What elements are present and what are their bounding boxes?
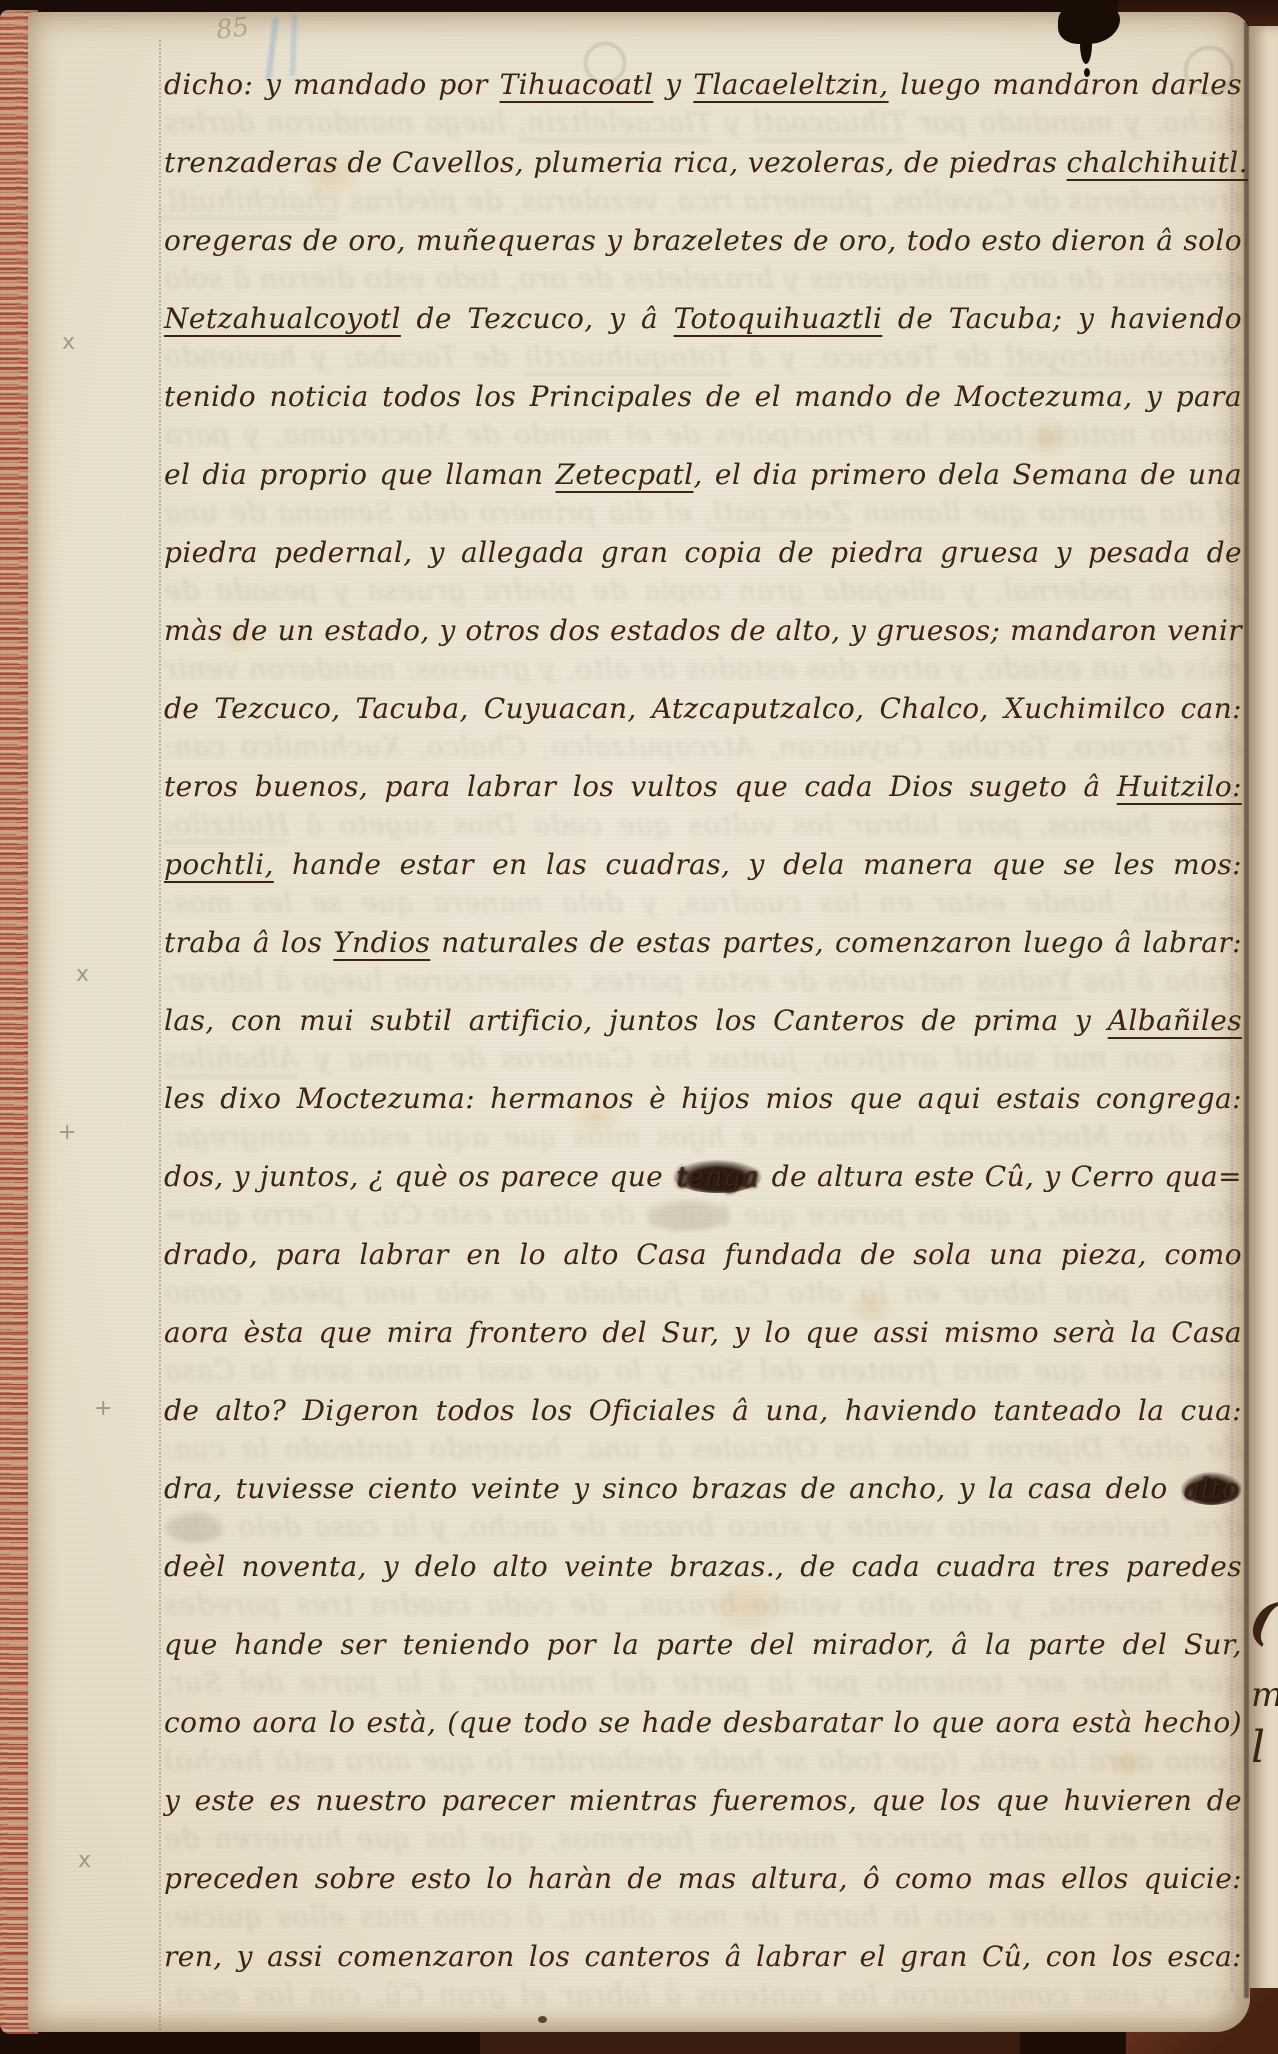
manuscript-line: deèl noventa, y delo alto veinte brazas.… bbox=[164, 1528, 1242, 1606]
text-segment: naturales de estas partes, comenzaron lu… bbox=[430, 926, 1242, 959]
manuscript-line: que hande ser teniendo por la parte del … bbox=[164, 1606, 1242, 1684]
text-segment: de alto? Digeron todos los Oficiales â u… bbox=[164, 1394, 1242, 1427]
bleed-through-folio-number: 85 bbox=[214, 12, 251, 46]
text-segment: ren, y assi comenzaron los canteros â la… bbox=[164, 1940, 1242, 1973]
underlined-word: Totoquihuaztli bbox=[674, 302, 883, 335]
text-segment: de Tezcuco, Tacuba, Cuyuacan, Atzcaputza… bbox=[164, 692, 1242, 725]
page-edge-shadow bbox=[1244, 22, 1249, 1998]
manuscript-line: de alto? Digeron todos los Oficiales â u… bbox=[164, 1372, 1242, 1450]
text-segment: las, con mui subtil artificio, juntos lo… bbox=[164, 1004, 1108, 1037]
underlined-word: Albañiles bbox=[1108, 1004, 1242, 1037]
text-segment: de Tezcuco, y â bbox=[401, 302, 674, 335]
text-segment: piedra pedernal, y allegada gran copia d… bbox=[164, 536, 1242, 569]
underlined-word: Netzahualcoyotl bbox=[164, 302, 401, 335]
text-segment: , el dia primero dela Semana de una bbox=[694, 458, 1242, 491]
text-segment: traba â los bbox=[164, 926, 333, 959]
manuscript-line: de Tezcuco, Tacuba, Cuyuacan, Atzcaputza… bbox=[164, 670, 1242, 748]
text-segment: oregeras de oro, muñequeras y brazeletes… bbox=[164, 224, 1242, 257]
manuscript-line: ren, y assi comenzaron los canteros â la… bbox=[164, 1918, 1242, 1996]
text-segment: de Tacuba; y haviendo bbox=[882, 302, 1242, 335]
margin-pencil-mark: x bbox=[78, 1848, 91, 1873]
book-photo: ( m l 85 x x + + x dicho: y mandado por … bbox=[0, 0, 1278, 2054]
text-segment: de altura este Cû, y Cerro qua= bbox=[762, 1160, 1242, 1193]
text-segment: màs de un estado, y otros dos estados de… bbox=[164, 614, 1242, 647]
underlined-word: Yndios bbox=[333, 926, 430, 959]
adjacent-page-letter: m bbox=[1251, 1678, 1278, 1712]
text-segment: dicho: y mandado por bbox=[164, 68, 500, 101]
text-segment: dos, y juntos, ¿ què os parece que bbox=[164, 1160, 673, 1193]
underlined-word: chalchihuitl. bbox=[1067, 146, 1248, 179]
manuscript-line: como aora lo està, (que todo se hade des… bbox=[164, 1684, 1242, 1762]
ink-blotted-word: tenga bbox=[673, 1160, 761, 1193]
manuscript-line: Netzahualcoyotl de Tezcuco, y â Totoquih… bbox=[164, 280, 1242, 358]
underlined-word: Zetecpatl bbox=[556, 458, 694, 491]
margin-pencil-mark: + bbox=[94, 1396, 112, 1421]
adjacent-page-edge: ( m l bbox=[1248, 26, 1278, 1998]
underlined-word: Tihuacoatl bbox=[500, 68, 654, 101]
text-segment: luego mandaron darles bbox=[889, 68, 1242, 101]
margin-rule-line bbox=[159, 40, 161, 2030]
text-segment: que hande ser teniendo por la parte del … bbox=[164, 1628, 1242, 1661]
text-segment: tenido noticia todos los Principales de … bbox=[164, 380, 1242, 413]
manuscript-line: tenido noticia todos los Principales de … bbox=[164, 358, 1242, 436]
manuscript-line: preceden sobre esto lo haràn de mas altu… bbox=[164, 1840, 1242, 1918]
manuscript-line: las, con mui subtil artificio, juntos lo… bbox=[164, 982, 1242, 1060]
manuscript-line: traba â los Yndios naturales de estas pa… bbox=[164, 904, 1242, 982]
text-segment: drado, para labrar en lo alto Casa funda… bbox=[164, 1238, 1242, 1271]
manuscript-line: teros buenos, para labrar los vultos que… bbox=[164, 748, 1242, 826]
text-segment: como aora lo està, (que todo se hade des… bbox=[164, 1706, 1242, 1739]
manuscript-line: aora èsta que mira frontero del Sur, y l… bbox=[164, 1294, 1242, 1372]
margin-pencil-mark: + bbox=[58, 1120, 76, 1145]
text-segment: aora èsta que mira frontero del Sur, y l… bbox=[164, 1316, 1242, 1349]
text-segment: y bbox=[653, 68, 693, 101]
underlined-word: pochtli, bbox=[164, 848, 274, 881]
underlined-word: Tlacaeleltzin, bbox=[693, 68, 888, 101]
manuscript-line: les dixo Moctezuma: hermanos è hijos mio… bbox=[164, 1060, 1242, 1138]
manuscript-line: pochtli, hande estar en las cuadras, y d… bbox=[164, 826, 1242, 904]
manuscript-line: piedra pedernal, y allegada gran copia d… bbox=[164, 514, 1242, 592]
text-segment: teros buenos, para labrar los vultos que… bbox=[164, 770, 1117, 803]
text-segment: deèl noventa, y delo alto veinte brazas.… bbox=[164, 1550, 1242, 1583]
text-segment: el dia proprio que llaman bbox=[164, 458, 556, 491]
manuscript-line: trenzaderas de Cavellos, plumeria rica, … bbox=[164, 124, 1242, 202]
manuscript-line: dos, y juntos, ¿ què os parece que tenga… bbox=[164, 1138, 1242, 1216]
manuscript-line: oregeras de oro, muñequeras y brazeletes… bbox=[164, 202, 1242, 280]
manuscript-line: màs de un estado, y otros dos estados de… bbox=[164, 592, 1242, 670]
manuscript-line: el dia proprio que llaman Zetecpatl, el … bbox=[164, 436, 1242, 514]
ink-blotted-word: alto bbox=[1181, 1472, 1242, 1505]
text-segment: preceden sobre esto lo haràn de mas altu… bbox=[164, 1862, 1242, 1895]
manuscript-line: y este es nuestro parecer mientras fuere… bbox=[164, 1762, 1242, 1840]
text-segment: trenzaderas de Cavellos, plumeria rica, … bbox=[164, 146, 1067, 179]
margin-pencil-mark: x bbox=[76, 962, 89, 987]
underlined-word: Huitzilo: bbox=[1117, 770, 1242, 803]
adjacent-page-letter: l bbox=[1251, 1726, 1265, 1770]
margin-pencil-mark: x bbox=[62, 330, 75, 355]
text-segment: les dixo Moctezuma: hermanos è hijos mio… bbox=[164, 1082, 1242, 1115]
manuscript-line: dra, tuviesse ciento veinte y sinco braz… bbox=[164, 1450, 1242, 1528]
manuscript-line: dicho: y mandado por Tihuacoatl y Tlacae… bbox=[164, 46, 1242, 124]
text-segment: hande estar en las cuadras, y dela maner… bbox=[274, 848, 1242, 881]
text-segment: dra, tuviesse ciento veinte y sinco braz… bbox=[164, 1472, 1181, 1505]
manuscript-line: drado, para labrar en lo alto Casa funda… bbox=[164, 1216, 1242, 1294]
manuscript-lines: dicho: y mandado por Tihuacoatl y Tlacae… bbox=[164, 46, 1242, 1996]
text-segment: y este es nuestro parecer mientras fuere… bbox=[164, 1784, 1242, 1817]
